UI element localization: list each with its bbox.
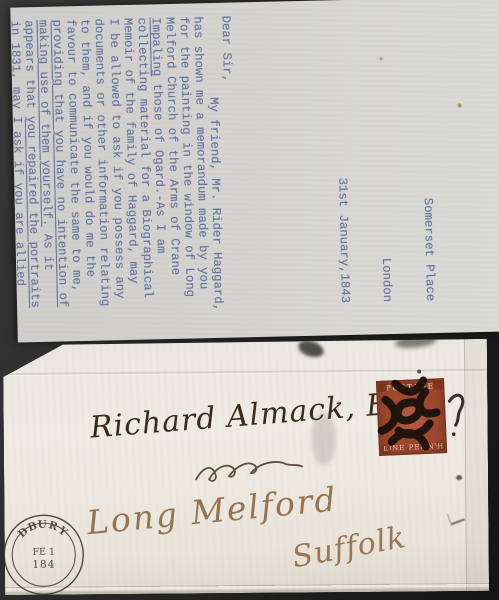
stamp-corner-letter: L xyxy=(381,445,390,454)
heading-line: 31st January,1843 xyxy=(331,13,352,303)
stamp-bottom-label: ONE PENNY xyxy=(383,442,443,453)
address-county: Suffolk xyxy=(289,520,408,575)
fold-edge-right xyxy=(464,339,489,591)
ink-smudge xyxy=(394,339,437,350)
ink-speck xyxy=(456,475,462,480)
typewritten-letter: Somerset Place London 31st January,1843 … xyxy=(10,0,499,343)
heading-gap xyxy=(289,14,310,304)
typed-text: in 1831, may xyxy=(10,20,23,116)
penny-red-stamp: POSTAGE ONE PENNY L H xyxy=(376,378,447,456)
letter-lines: Dear Sir, My friend, Mr. Rider Haggard,h… xyxy=(10,16,240,343)
heading-line: Somerset Place xyxy=(416,11,437,301)
stamp-corner-letter: H xyxy=(436,442,445,451)
postmark-letter: U xyxy=(37,519,47,531)
typed-text: Dear Sir, xyxy=(219,16,235,83)
postal-cover: Richard Almack, Esqr Long Melford Suffol… xyxy=(3,339,489,595)
stamp-corner-star xyxy=(378,383,387,392)
postmark-date-line2: 184 xyxy=(32,559,55,571)
ink-mark xyxy=(447,509,465,525)
postmark-date-line1: FE 1 xyxy=(32,547,55,558)
queen-profile xyxy=(391,394,433,444)
sudbury-postmark: DBURY FE 1 184 xyxy=(3,512,86,595)
heading-line: London xyxy=(374,12,395,302)
stamp-top-label: POSTAGE xyxy=(380,381,440,393)
letter-text: Somerset Place London 31st January,1843 … xyxy=(10,0,499,343)
photograph-background: Somerset Place London 31st January,1843 … xyxy=(0,0,499,600)
typed-text: As it xyxy=(40,226,55,271)
paper-stain xyxy=(379,57,382,60)
paper-stain xyxy=(458,103,462,107)
ink-smudge xyxy=(296,339,325,360)
underlined-text: Impaling xyxy=(148,17,163,76)
typed-text: appears that xyxy=(22,20,38,116)
stamp-corner-star xyxy=(433,380,442,389)
fold-crease xyxy=(3,369,487,375)
postmark-town-letters: DBURY xyxy=(16,518,70,540)
letter-heading: Somerset Place London 31st January,1843 xyxy=(261,10,466,336)
